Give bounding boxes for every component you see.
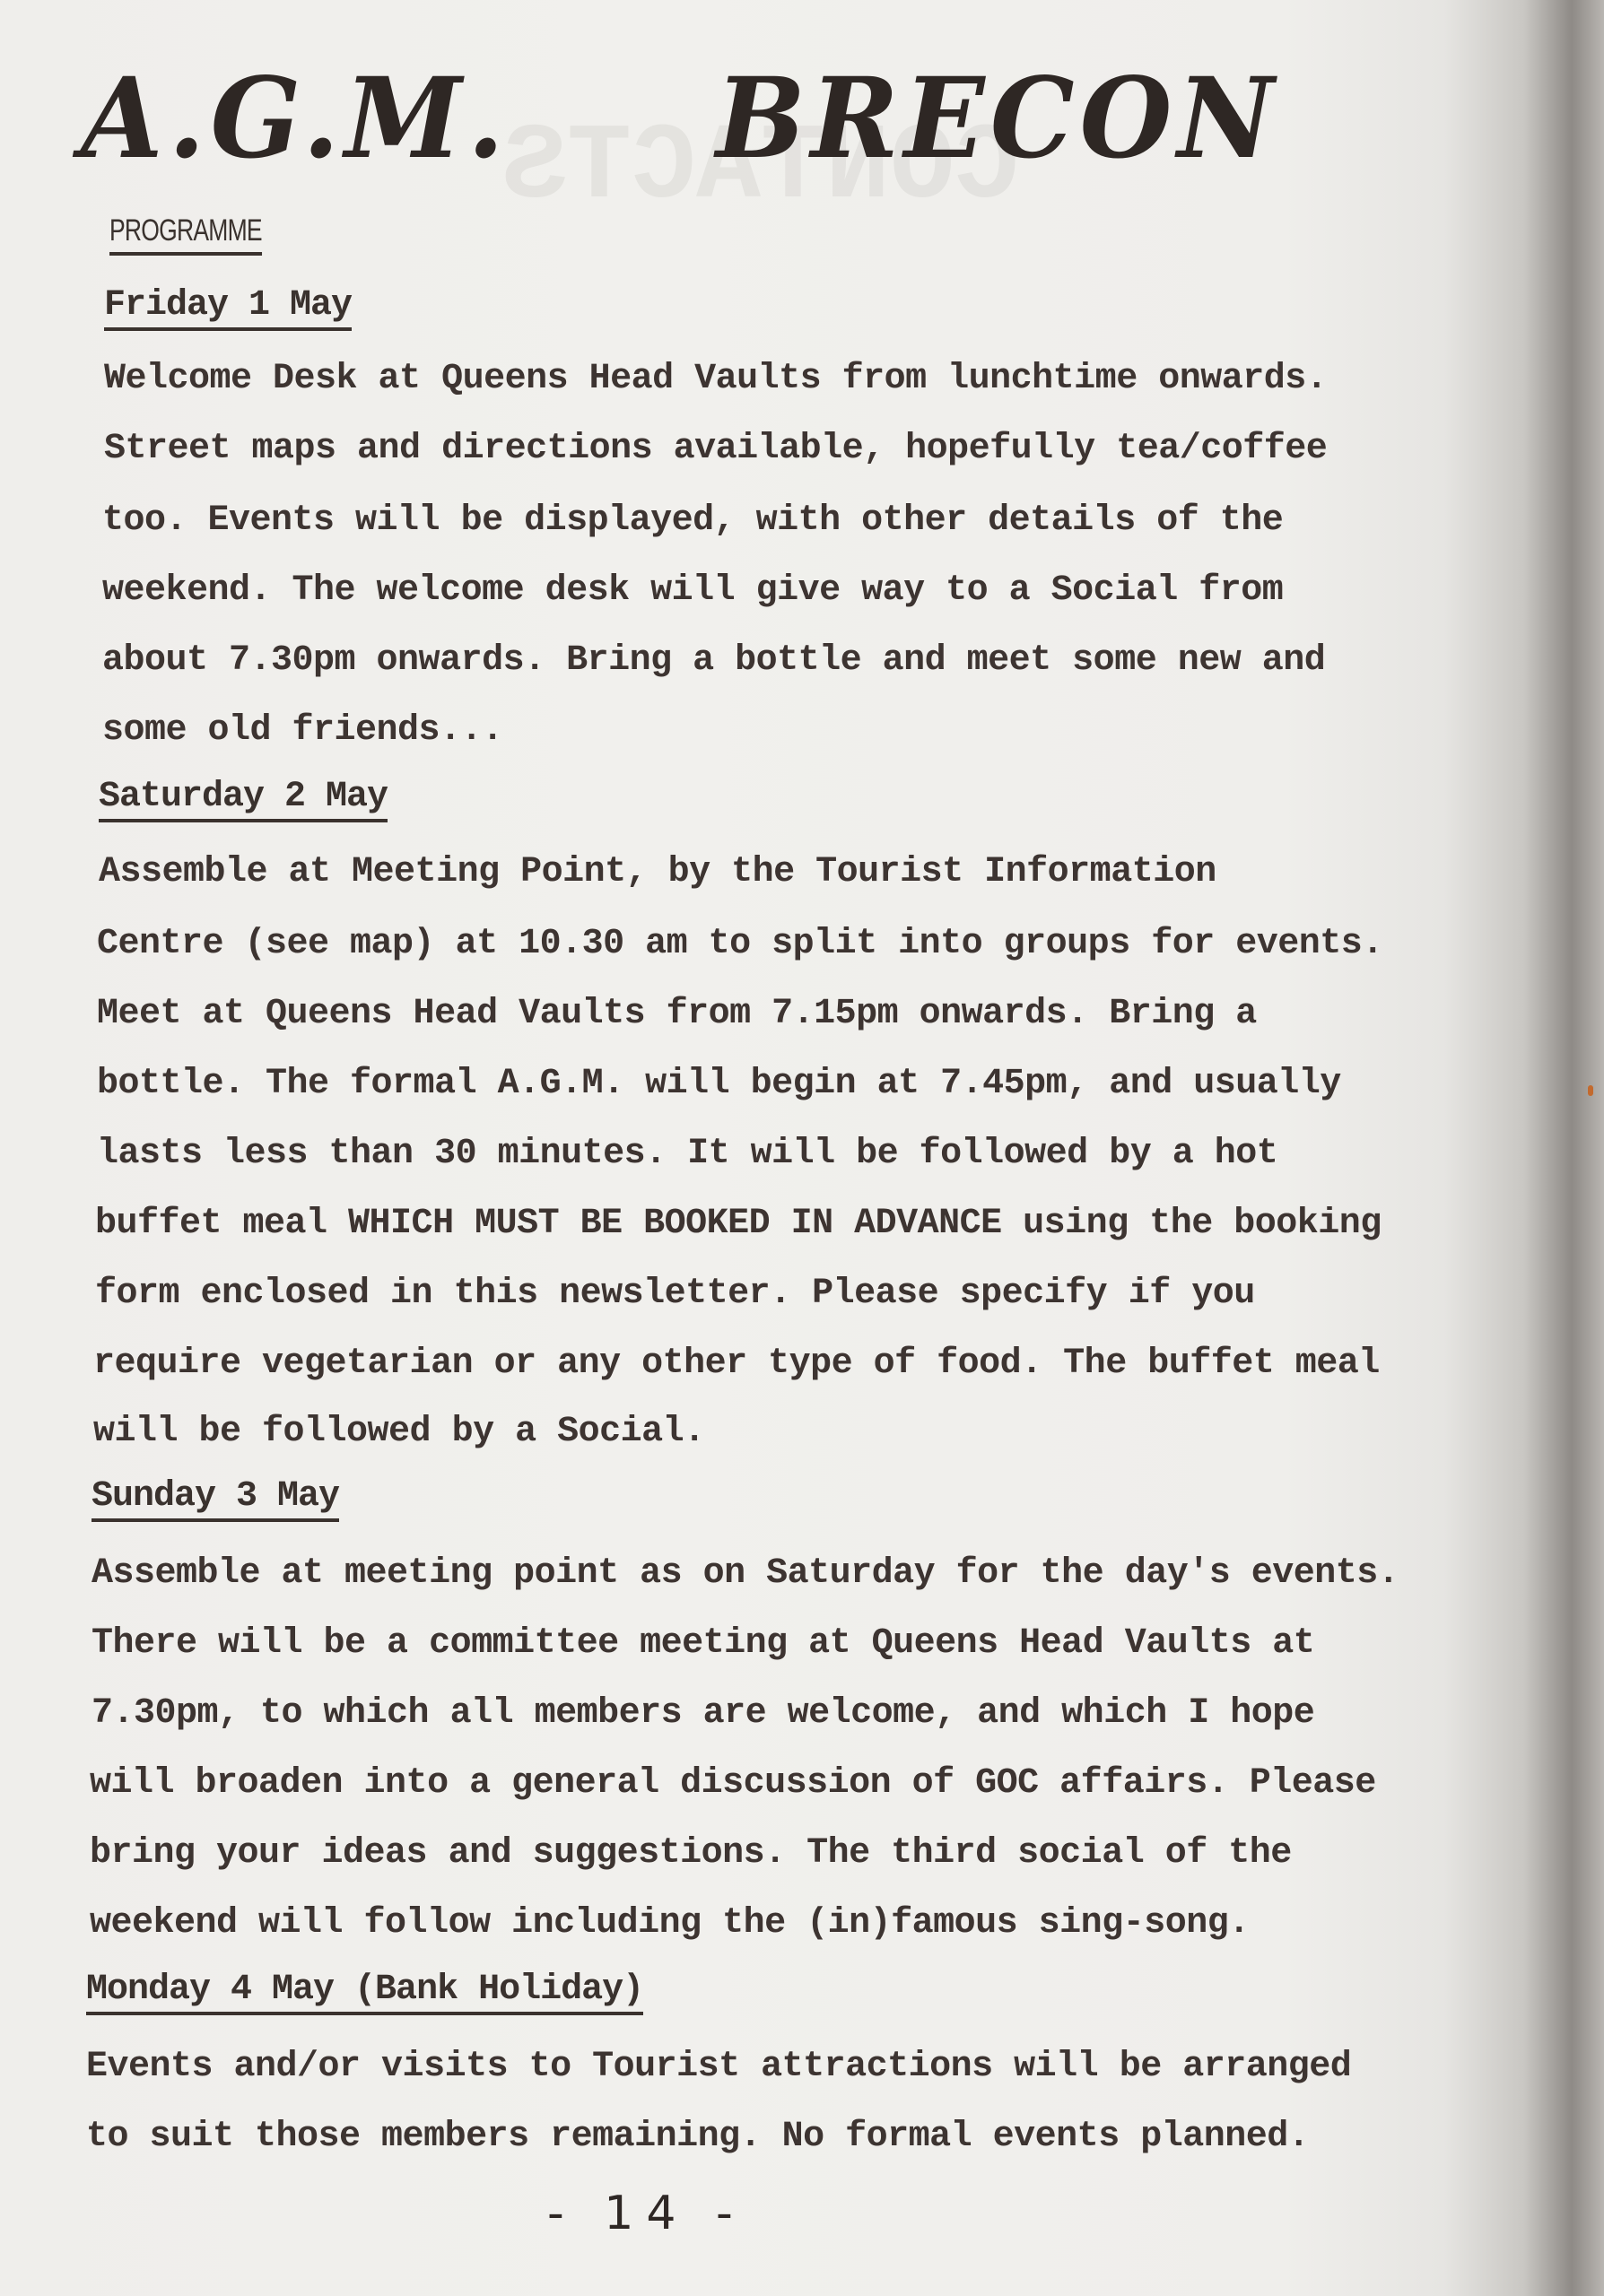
page-title: A.G.M.BRECON [81,53,1279,184]
text-line: lasts less than 30 minutes. It will be f… [97,1134,1277,1174]
text-line: buffet meal WHICH MUST BE BOOKED IN ADVA… [95,1204,1382,1244]
text-line: There will be a committee meeting at Que… [92,1623,1314,1664]
text-line: weekend. The welcome desk will give way … [102,570,1283,611]
day-heading-monday: Monday 4 May (Bank Holiday) [86,1970,643,2015]
text-line: will broaden into a general discussion o… [90,1763,1376,1804]
title-brecon: BRECON [716,53,1279,184]
title-agm: A.G.M. [81,53,510,184]
text-line: form enclosed in this newsletter. Please… [95,1274,1255,1314]
text-line: to suit those members remaining. No form… [86,2117,1309,2157]
text-line: weekend will follow including the (in)fa… [90,1903,1250,1944]
text-line: some old friends... [102,710,503,751]
day-heading-friday: Friday 1 May [104,285,352,331]
text-line: Street maps and directions available, ho… [104,429,1327,469]
rust-stain [1588,1085,1593,1096]
text-line: will be followed by a Social. [93,1412,705,1452]
text-line: 7.30pm, to which all members are welcome… [92,1693,1314,1734]
text-line: about 7.30pm onwards. Bring a bottle and… [102,640,1325,681]
text-line: Meet at Queens Head Vaults from 7.15pm o… [97,994,1257,1034]
scanned-page: CONTACTS A.G.M.BRECON PROGRAMME Friday 1… [0,0,1604,2296]
text-line: Assemble at Meeting Point, by the Touris… [99,852,1216,892]
text-line: Welcome Desk at Queens Head Vaults from … [104,359,1327,399]
day-heading-sunday: Sunday 3 May [92,1476,339,1522]
day-heading-saturday: Saturday 2 May [99,777,388,822]
text-line: Events and/or visits to Tourist attracti… [86,2047,1351,2087]
text-line: Assemble at meeting point as on Saturday… [92,1553,1399,1594]
text-line: bottle. The formal A.G.M. will begin at … [97,1064,1341,1104]
text-line: bring your ideas and suggestions. The th… [90,1833,1292,1874]
text-line: Centre (see map) at 10.30 am to split in… [97,924,1383,964]
text-line: too. Events will be displayed, with othe… [102,500,1283,541]
programme-heading: PROGRAMME [109,213,262,256]
text-line: require vegetarian or any other type of … [93,1344,1380,1384]
page-number: - 14 - [547,2187,745,2240]
